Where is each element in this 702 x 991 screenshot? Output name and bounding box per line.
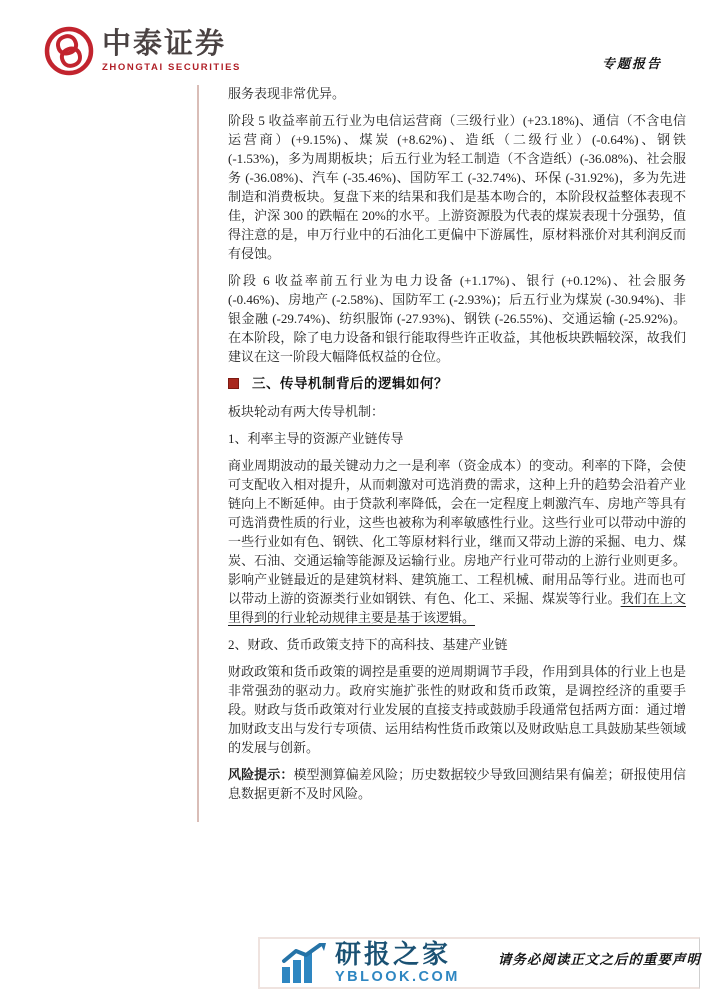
report-body: 服务表现非常优异。 阶段 5 收益率前五行业为电信运营商（三级行业）(+23.1… (228, 84, 686, 811)
risk-warning-text: 模型测算偏差风险；历史数据较少导致回测结果有偏差；研报使用信息数据更新不及时风险… (228, 767, 686, 801)
risk-warning-block: 风险提示：模型测算偏差风险；历史数据较少导致回测结果有偏差；研报使用信息数据更新… (228, 765, 686, 803)
rate-chain-text: 商业周期波动的最关键动力之一是利率（资金成本）的变动。利率的下降，会使可支配收入… (228, 458, 686, 606)
report-type-label: 专题报告 (602, 53, 662, 72)
watermark-text: 研报之家 YBLOOK.COM (335, 941, 460, 985)
bar-chart-trend-icon (280, 943, 326, 983)
brand-name-cn: 中泰证券 (102, 30, 241, 59)
left-margin-rule (197, 85, 199, 822)
paragraph-continuation: 服务表现非常优异。 (228, 84, 686, 103)
section-heading-3: 三、传导机制背后的逻辑如何？ (228, 374, 686, 393)
watermark-logo: 研报之家 YBLOOK.COM (280, 941, 460, 985)
paragraph-mechanisms-intro: 板块轮动有两大传导机制： (228, 402, 686, 421)
brand-text: 中泰证券 ZHONGTAI SECURITIES (102, 30, 241, 73)
section-bullet-square-icon (228, 378, 239, 389)
paragraph-stage5: 阶段 5 收益率前五行业为电信运营商（三级行业）(+23.18%)、通信（不含电… (228, 111, 686, 263)
brand-logo: 中泰证券 ZHONGTAI SECURITIES (44, 26, 241, 76)
risk-warning-paragraph: 风险提示：模型测算偏差风险；历史数据较少导致回测结果有偏差；研报使用信息数据更新… (228, 765, 686, 803)
brand-name-en: ZHONGTAI SECURITIES (102, 63, 241, 73)
paragraph-rate-chain: 商业周期波动的最关键动力之一是利率（资金成本）的变动。利率的下降，会使可支配收入… (228, 456, 686, 627)
paragraph-stage6: 阶段 6 收益率前五行业为电力设备 (+1.17%)、银行 (+0.12%)、社… (228, 271, 686, 366)
watermark-name-cn: 研报之家 (335, 941, 460, 967)
subsection-1-title: 1、利率主导的资源产业链传导 (228, 429, 686, 448)
subsection-2-title: 2、财政、货币政策支持下的高科技、基建产业链 (228, 635, 686, 654)
zhongtai-emblem-icon (44, 26, 94, 76)
watermark-name-en: YBLOOK.COM (335, 970, 460, 985)
footer-banner: 研报之家 YBLOOK.COM 请务必阅读正文之后的重要声明部分 (258, 937, 700, 989)
footer-disclaimer: 请务必阅读正文之后的重要声明部分 (498, 948, 702, 968)
risk-warning-label: 风险提示： (228, 767, 293, 782)
section-title: 三、传导机制背后的逻辑如何？ (252, 374, 448, 393)
paragraph-policy-chain: 财政政策和货币政策的调控是重要的逆周期调节手段，作用到具体的行业上也是非常强劲的… (228, 662, 686, 757)
